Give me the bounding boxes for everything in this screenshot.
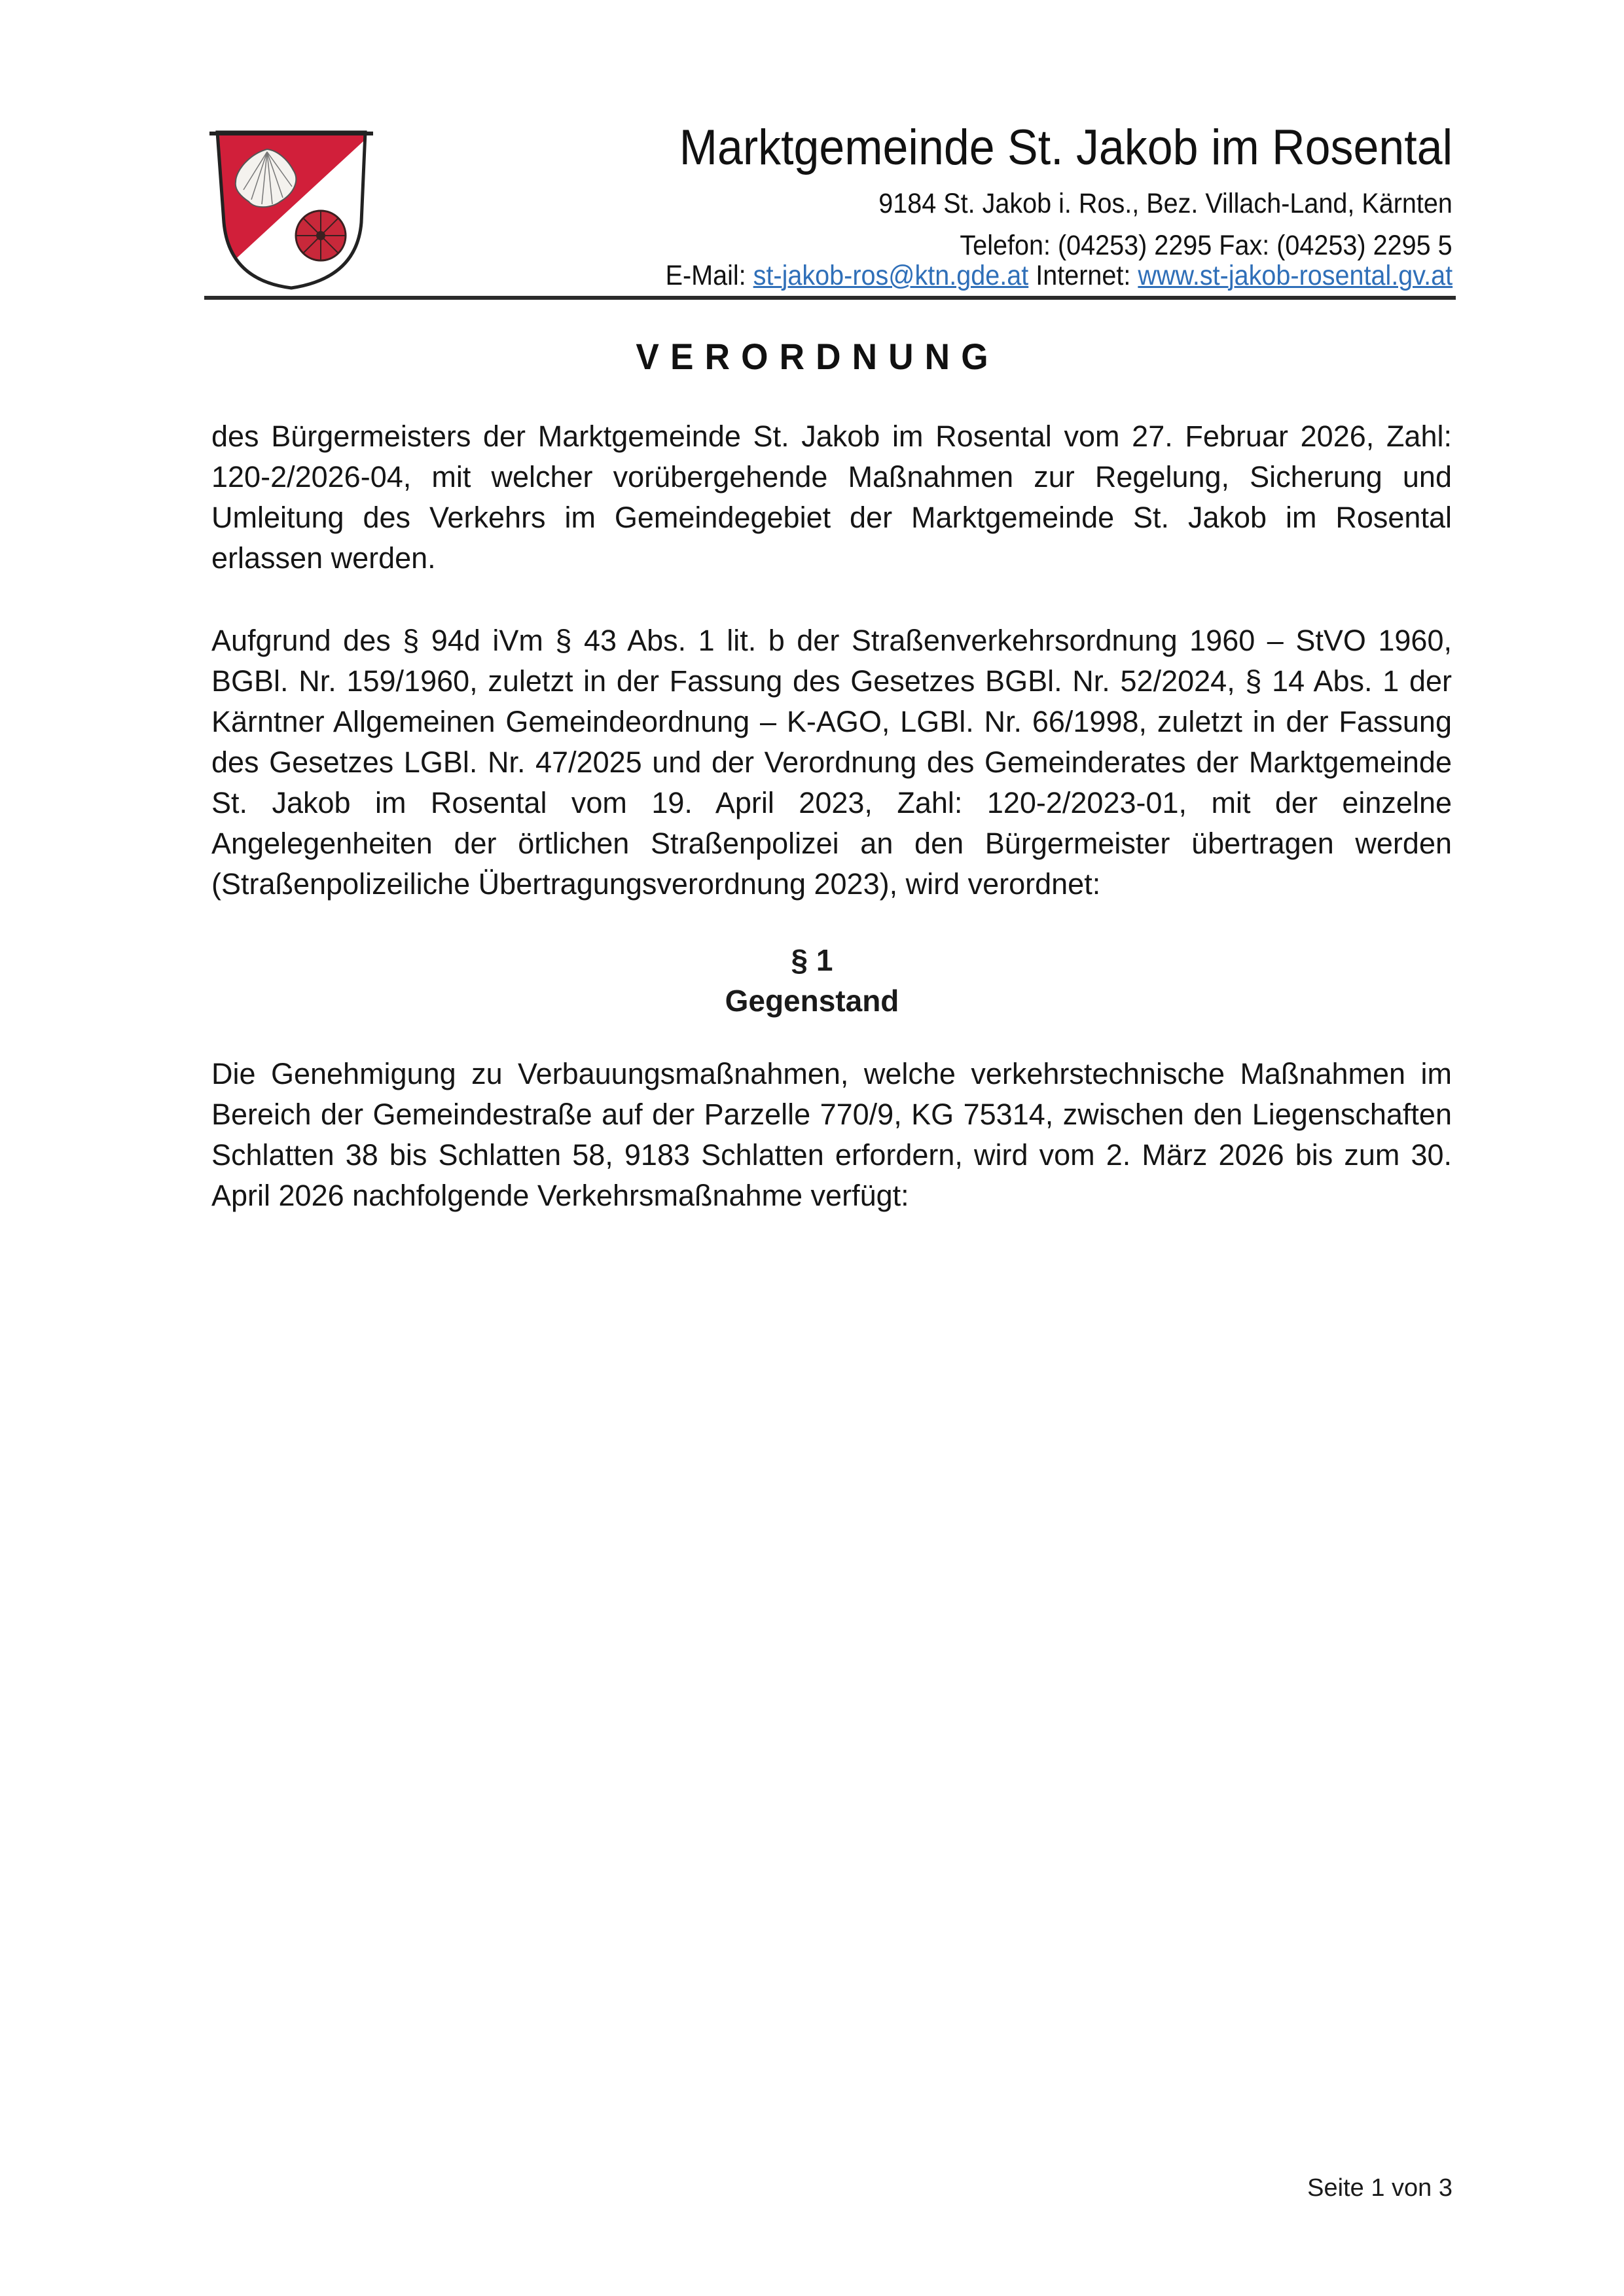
page-number: Seite 1 von 3 xyxy=(1307,2174,1453,2202)
legal-basis-paragraph: Aufgrund des § 94d iVm § 43 Abs. 1 lit. … xyxy=(211,620,1452,905)
municipality-address: 9184 St. Jakob i. Ros., Bez. Villach-Lan… xyxy=(878,190,1453,218)
email-label: E-Mail: xyxy=(665,260,746,291)
phone-fax-line: Telefon: (04253) 2295 Fax: (04253) 2295 … xyxy=(960,232,1453,260)
contact-line: E-Mail: st-jakob-ros@ktn.gde.at Internet… xyxy=(665,262,1453,290)
municipality-name: Marktgemeinde St. Jakob im Rosental xyxy=(679,123,1453,173)
header-divider xyxy=(204,296,1456,300)
email-link[interactable]: st-jakob-ros@ktn.gde.at xyxy=(753,260,1029,291)
rose-icon xyxy=(296,211,346,260)
coat-of-arms-icon xyxy=(209,124,373,295)
section-text: Die Genehmigung zu Verbauungsmaßnahmen, … xyxy=(211,1054,1452,1216)
website-link[interactable]: www.st-jakob-rosental.gv.at xyxy=(1138,260,1453,291)
intro-paragraph: des Bürgermeisters der Marktgemeinde St.… xyxy=(211,416,1452,579)
document-title: VERORDNUNG xyxy=(41,335,1583,378)
section-number: § 1 xyxy=(0,942,1624,978)
section-title: Gegenstand xyxy=(0,983,1624,1018)
internet-label: Internet: xyxy=(1036,260,1130,291)
